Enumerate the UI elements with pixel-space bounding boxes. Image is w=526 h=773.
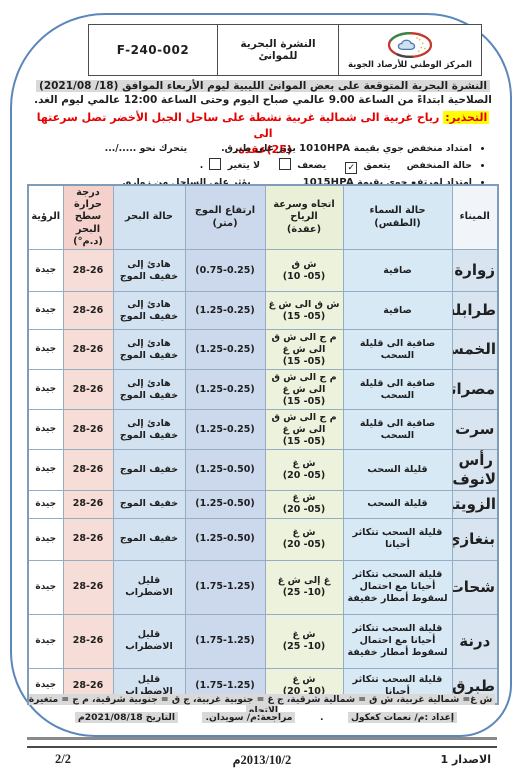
sea-temp: 28-26 xyxy=(63,560,113,614)
marine-bulletin-page: F-240-002 النشرة البحرية للموانئ المركز … xyxy=(0,0,526,773)
wave-height: (1.25-0.25) xyxy=(185,370,265,410)
port-name: الزويتينة xyxy=(452,490,498,518)
wind-cell: غ إلى ش غ(10- 25) xyxy=(265,560,343,614)
visibility: جيدة xyxy=(28,330,63,370)
doc-title: النشرة البحرية للموانئ xyxy=(218,25,339,76)
checkbox-unchanged-icon[interactable] xyxy=(209,158,221,170)
wind-direction: م ج الى ش ق الى ش غ xyxy=(268,412,341,436)
low-pressure-text: امتداد منخفض جوي بقيمة xyxy=(354,143,472,154)
table-row-ras-lanuf: رأس لانوف قليلة السحب ش غ(05- 20) (1.25-… xyxy=(28,450,498,491)
visibility: جيدة xyxy=(28,518,63,560)
wind-direction: ش غ xyxy=(268,527,341,539)
low-pressure-note: امتداد منخفض جوي بقيمة 1010HPA يؤثر على … xyxy=(70,143,472,155)
visibility: جيدة xyxy=(28,450,63,491)
sky-state: قليلة السحب xyxy=(343,450,452,491)
wind-speed: (05- 15) xyxy=(268,356,341,368)
low-state-note: حالة المنخفضيتعمق ✓يضعف لا يتغير . xyxy=(70,158,472,174)
wind-direction: ش غ xyxy=(268,674,341,686)
wind-cell: م ج الى ش ق الى ش غ(05- 15) xyxy=(265,330,343,370)
warning-label: التحذير: xyxy=(443,111,489,124)
table-row-zuwara: زوارة صافية ش ق(05- 10) (0.75-0.25) هادئ… xyxy=(28,250,498,292)
port-name: الخمس xyxy=(452,330,498,370)
wave-height: (1.75-1.25) xyxy=(185,560,265,614)
port-name: بنغازي xyxy=(452,518,498,560)
sky-state: قليلة السحب تتكاثر أحيانا xyxy=(343,518,452,560)
sky-state: صافية xyxy=(343,292,452,330)
wave-height: (1.25-0.50) xyxy=(185,450,265,491)
visibility: جيدة xyxy=(28,292,63,330)
sea-state: هادئ إلى خفيف الموج xyxy=(113,410,185,450)
sea-temp: 28-26 xyxy=(63,250,113,292)
sea-state: خفيف الموج xyxy=(113,490,185,518)
wave-height: (0.75-0.25) xyxy=(185,250,265,292)
issue-date: التاريخ 2021/08/18م xyxy=(75,712,178,723)
intro-line-2: الصلاحية ابتداءً من الساعة 9.00 عالمي صب… xyxy=(20,93,506,107)
wind-direction: ش غ xyxy=(268,629,341,641)
table-row-derna: درنة قليلة السحب تتكاثر أحيانا مع احتمال… xyxy=(28,614,498,668)
port-name: طرابلس xyxy=(452,292,498,330)
table-row-sirte: سرت صافية الى قليلة السحب م ج الى ش ق ال… xyxy=(28,410,498,450)
port-name: درنة xyxy=(452,614,498,668)
wind-speed: (05- 10) xyxy=(268,271,341,283)
form-number: F-240-002 xyxy=(89,25,218,76)
low-state-label: حالة المنخفض xyxy=(407,160,472,171)
wind-speed: (05- 15) xyxy=(268,396,341,408)
movement-blank: ...../... xyxy=(105,143,137,154)
intro-line-1: النشرة البحرية المتوقعة على بعض الموانئ … xyxy=(20,79,506,93)
footer-rule-thick xyxy=(27,737,497,740)
visibility: جيدة xyxy=(28,250,63,292)
col-header-sky: حالة السماء (الطقس) xyxy=(343,185,452,250)
bulletin-intro: النشرة البحرية المتوقعة على بعض الموانئ … xyxy=(20,79,506,107)
sea-temp: 28-26 xyxy=(63,410,113,450)
intro-line-2-text: الصلاحية ابتداءً من الساعة 9.00 عالمي صب… xyxy=(34,94,492,106)
footer-rule-thin xyxy=(27,746,497,748)
table-row-tripoli: طرابلس صافية ش ق الى ش غ(05- 15) (1.25-0… xyxy=(28,292,498,330)
sky-state: صافية xyxy=(343,250,452,292)
wind-direction: م ج الى ش ق الى ش غ xyxy=(268,332,341,356)
wind-direction: ش ق الى ش غ xyxy=(268,299,341,311)
sea-temp: 28-26 xyxy=(63,614,113,668)
sea-state: هادئ إلى خفيف الموج xyxy=(113,370,185,410)
table-row-shahat: شحات قليلة السحب تتكاثر أحيانا مع احتمال… xyxy=(28,560,498,614)
port-name: مصراتة xyxy=(452,370,498,410)
sea-state: خفيف الموج xyxy=(113,450,185,491)
wind-cell: م ج الى ش ق الى ش غ(05- 15) xyxy=(265,410,343,450)
port-name: شحات xyxy=(452,560,498,614)
sea-temp: 28-26 xyxy=(63,292,113,330)
reviewed-by: مراجعة:م/ سويدان. xyxy=(202,712,295,723)
sea-temp: 28-26 xyxy=(63,450,113,491)
option-unchanged-label: لا يتغير xyxy=(228,160,260,171)
page-number: 2/2 xyxy=(55,752,71,767)
intro-line-1-text: النشرة البحرية المتوقعة على بعض الموانئ … xyxy=(36,80,490,92)
port-name: زوارة xyxy=(452,250,498,292)
wind-speed: (05- 20) xyxy=(268,504,341,516)
wind-speed: (10- 25) xyxy=(268,587,341,599)
sea-state: خفيف الموج xyxy=(113,518,185,560)
check-icon: ✓ xyxy=(347,163,355,173)
sea-state: هادئ إلى خفيف الموج xyxy=(113,292,185,330)
option-deepens-label: يتعمق xyxy=(364,160,391,171)
edition-number: الاصدار 1 xyxy=(440,753,491,766)
forecast-table: الميناء حالة السماء (الطقس) اتجاه وسرعة … xyxy=(27,184,499,705)
forecast-header-row: الميناء حالة السماء (الطقس) اتجاه وسرعة … xyxy=(28,185,498,250)
sea-temp: 28-26 xyxy=(63,330,113,370)
wind-speed: (05- 15) xyxy=(268,436,341,448)
port-name: رأس لانوف xyxy=(452,450,498,491)
sea-state: قليل الاضطراب xyxy=(113,560,185,614)
wind-speed: (05- 20) xyxy=(268,539,341,551)
table-row-khoms: الخمس صافية الى قليلة السحب م ج الى ش ق … xyxy=(28,330,498,370)
wind-speed: (10- 25) xyxy=(268,641,341,653)
col-header-port: الميناء xyxy=(452,185,498,250)
sea-temp: 28-26 xyxy=(63,490,113,518)
sea-state: قليل الاضطراب xyxy=(113,614,185,668)
document-footer: الاصدار 1 2013/10/2م 2/2 xyxy=(27,752,497,770)
wave-height: (1.25-0.25) xyxy=(185,410,265,450)
checkbox-weakens-icon[interactable] xyxy=(279,158,291,170)
col-header-sea: حالة البحر xyxy=(113,185,185,250)
logo-speckles xyxy=(416,37,425,52)
wind-cell: ش غ(10- 25) xyxy=(265,614,343,668)
sky-state: صافية الى قليلة السحب xyxy=(343,370,452,410)
sea-state: هادئ إلى خفيف الموج xyxy=(113,330,185,370)
low-pressure-effect: يؤثر على طبرق. xyxy=(221,143,296,154)
wind-direction: ش ق xyxy=(268,259,341,271)
wave-height: (1.25-0.25) xyxy=(185,330,265,370)
col-header-visibility: الرؤية xyxy=(28,185,63,250)
wave-height: (1.75-1.25) xyxy=(185,614,265,668)
option-weakens-label: يضعف xyxy=(297,160,326,171)
table-row-misrata: مصراتة صافية الى قليلة السحب م ج الى ش ق… xyxy=(28,370,498,410)
visibility: جيدة xyxy=(28,410,63,450)
wind-cell: ش غ(05- 20) xyxy=(265,490,343,518)
wind-direction: غ إلى ش غ xyxy=(268,575,341,587)
sea-temp: 28-26 xyxy=(63,370,113,410)
wind-direction: ش غ xyxy=(268,458,341,470)
footer-date: 2013/10/2م xyxy=(233,752,291,768)
visibility: جيدة xyxy=(28,614,63,668)
low-state-period: . xyxy=(200,160,204,171)
wind-cell: ش غ(05- 20) xyxy=(265,450,343,491)
sky-state: صافية الى قليلة السحب xyxy=(343,330,452,370)
port-name: سرت xyxy=(452,410,498,450)
low-pressure-value: 1010HPA xyxy=(299,143,350,154)
signature-line: إعداد :م/ نعمات كعكول . مراجعة:م/ سويدان… xyxy=(27,712,497,723)
org-cell: المركز الوطني للأرصاد الجوية xyxy=(339,25,482,76)
weather-center-logo-icon xyxy=(386,31,434,59)
wind-direction: ش غ xyxy=(268,492,341,504)
wave-height: (1.25-0.25) xyxy=(185,292,265,330)
sky-state: قليلة السحب تتكاثر أحيانا مع احتمال لسقو… xyxy=(343,560,452,614)
wind-cell: ش ق الى ش غ(05- 15) xyxy=(265,292,343,330)
org-name: المركز الوطني للأرصاد الجوية xyxy=(348,60,472,70)
visibility: جيدة xyxy=(28,490,63,518)
wind-cell: م ج الى ش ق الى ش غ(05- 15) xyxy=(265,370,343,410)
sea-temp: 28-26 xyxy=(63,518,113,560)
warning-text: رياح غربية الى شمالية غربية نشطة على ساح… xyxy=(37,111,440,140)
wind-speed: (05- 15) xyxy=(268,311,341,323)
wind-cell: ش ق(05- 10) xyxy=(265,250,343,292)
checkbox-deepens-checked-icon[interactable]: ✓ xyxy=(345,162,357,174)
header-table: F-240-002 النشرة البحرية للموانئ المركز … xyxy=(88,24,482,76)
wave-height: (1.25-0.50) xyxy=(185,518,265,560)
wind-direction: م ج الى ش ق الى ش غ xyxy=(268,372,341,396)
visibility: جيدة xyxy=(28,560,63,614)
table-row-benghazi: بنغازي قليلة السحب تتكاثر أحيانا ش غ(05-… xyxy=(28,518,498,560)
col-header-temp: درجة حرارة سطح البحر (د.م°) xyxy=(63,185,113,250)
wind-speed: (05- 20) xyxy=(268,470,341,482)
header-row: F-240-002 النشرة البحرية للموانئ المركز … xyxy=(89,25,482,76)
table-row-zueitina: الزويتينة قليلة السحب ش غ(05- 20) (1.25-… xyxy=(28,490,498,518)
visibility: جيدة xyxy=(28,370,63,410)
wave-height: (1.25-0.50) xyxy=(185,490,265,518)
separator-dot: . xyxy=(320,712,324,723)
sea-state: هادئ إلى خفيف الموج xyxy=(113,250,185,292)
sky-state: قليلة السحب xyxy=(343,490,452,518)
sky-state: صافية الى قليلة السحب xyxy=(343,410,452,450)
col-header-wave: ارتفاع الموج (متر) xyxy=(185,185,265,250)
sky-state: قليلة السحب تتكاثر أحيانا مع احتمال لسقو… xyxy=(343,614,452,668)
col-header-wind: اتجاه وسرعة الرياح (عقدة) xyxy=(265,185,343,250)
wind-cell: ش غ(05- 20) xyxy=(265,518,343,560)
prepared-by: إعداد :م/ نعمات كعكول xyxy=(348,712,457,723)
low-pressure-movement: يتحرك نحو xyxy=(140,143,188,154)
